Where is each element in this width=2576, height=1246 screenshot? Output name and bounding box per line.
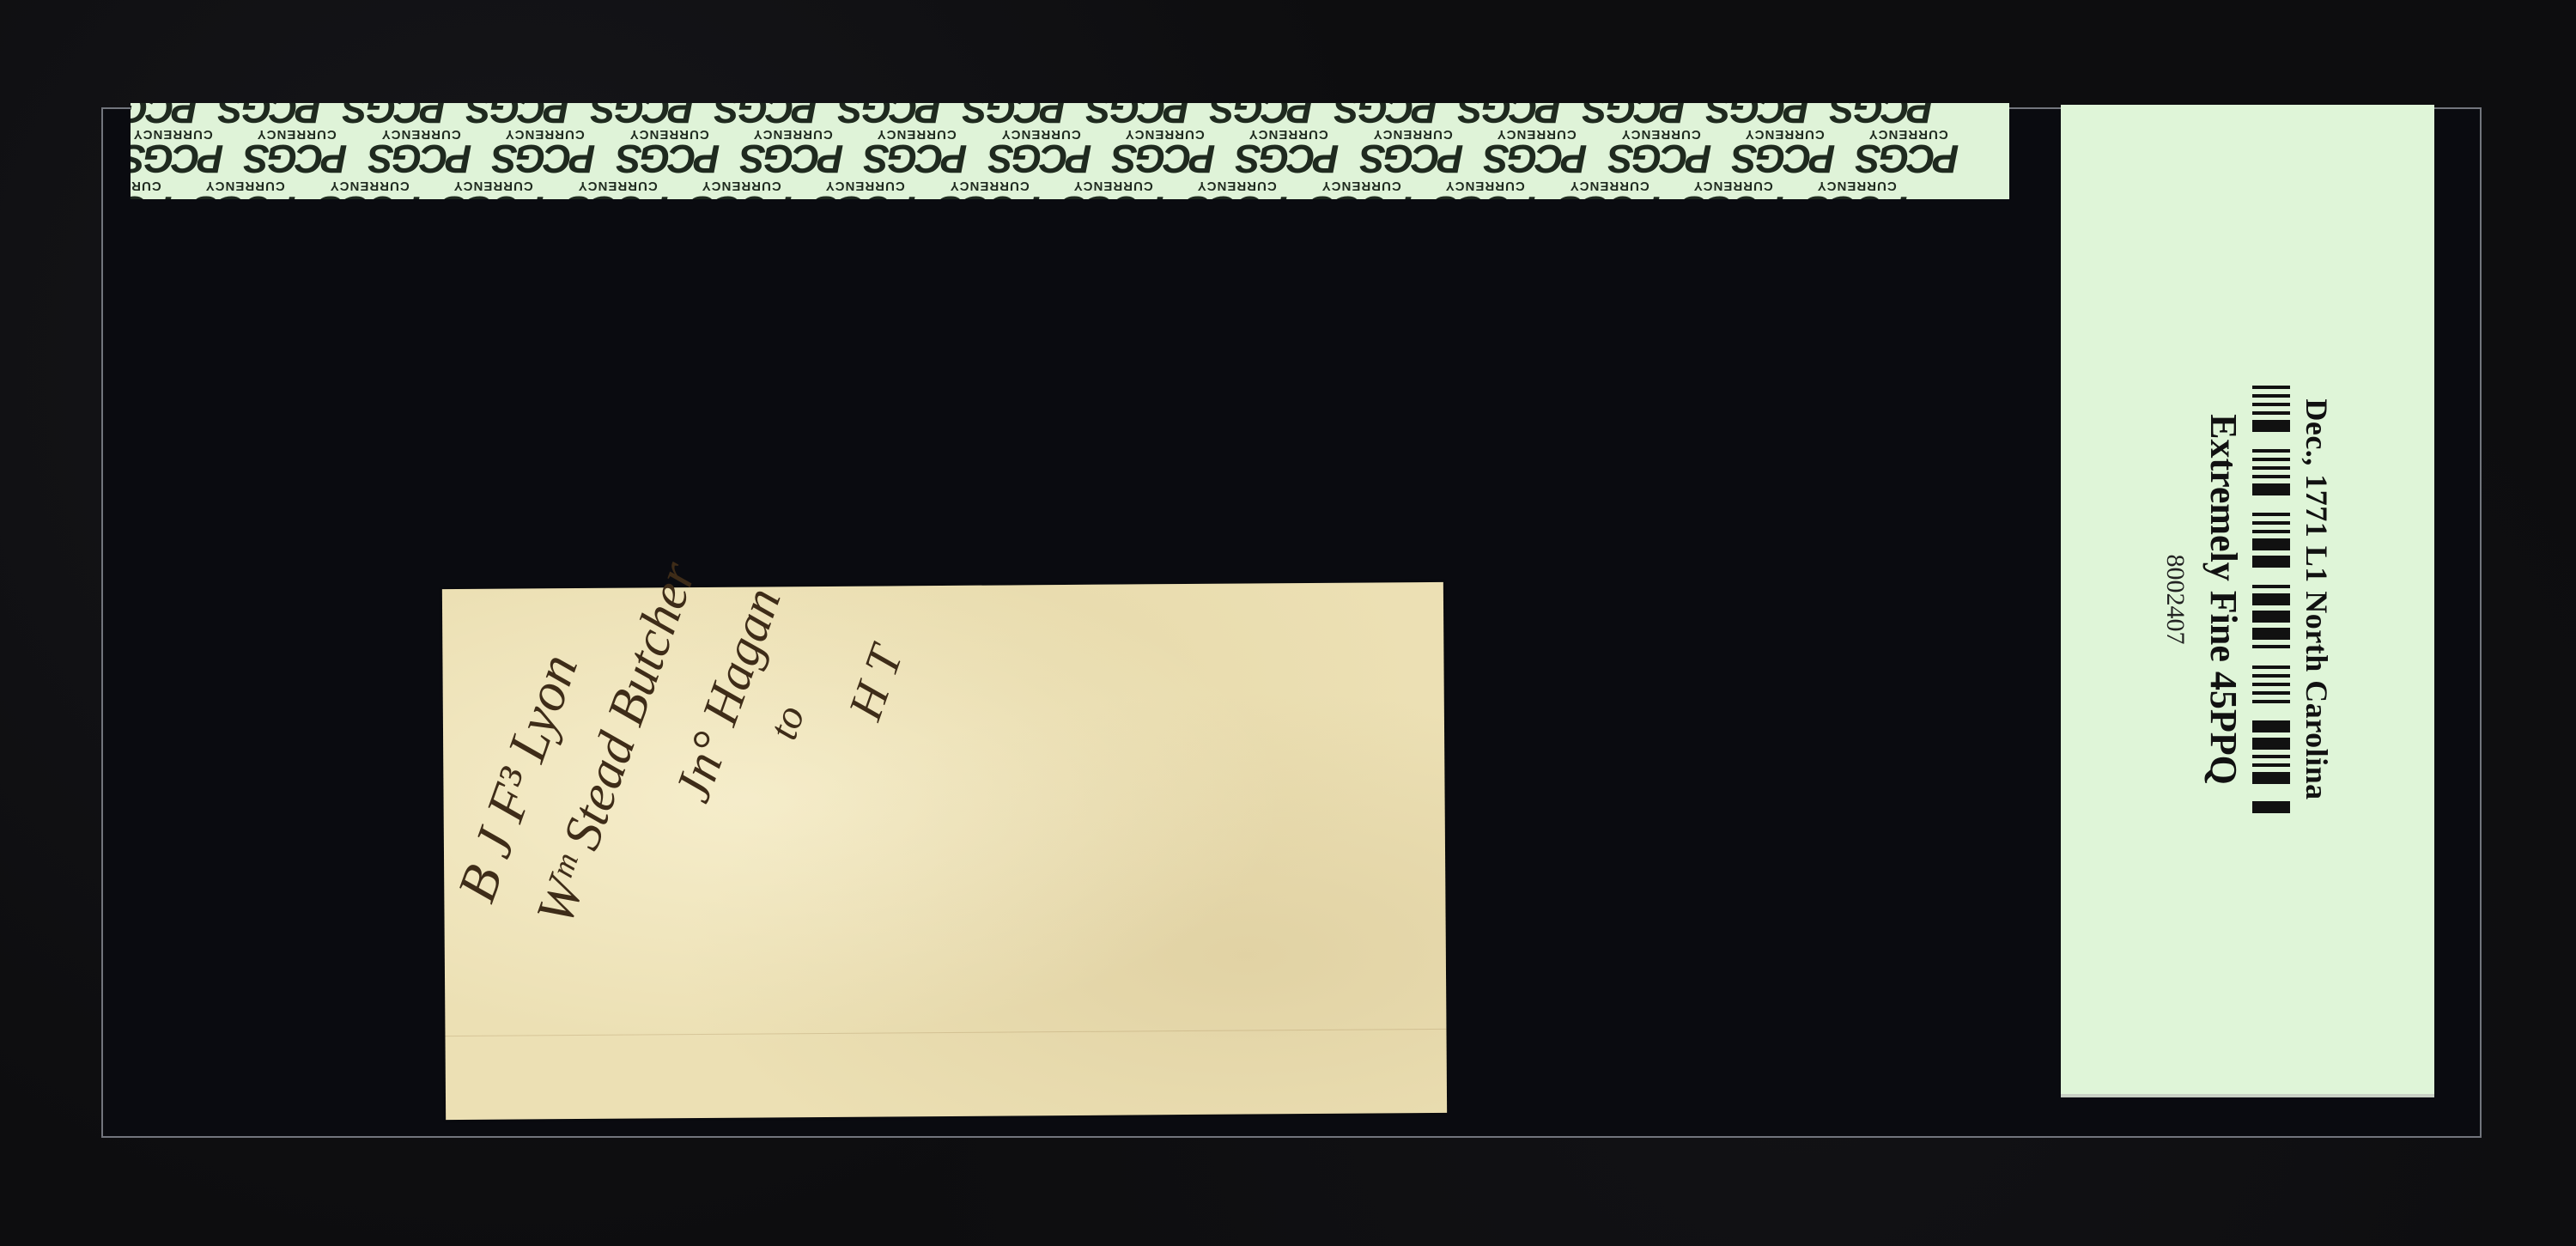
pcgs-logo-icon: PCGSCURRENCY	[1088, 103, 1189, 127]
barcode-bar	[2252, 611, 2290, 623]
pcgs-logo-icon: PCGSCURRENCY	[814, 179, 915, 199]
barcode-bar	[2252, 585, 2290, 588]
barcode-bar	[2252, 674, 2290, 678]
note-grade: Extremely Fine 45PPQ	[2202, 414, 2245, 785]
pcgs-logo-icon: PCGSCURRENCY	[220, 103, 321, 127]
barcode-bar	[2252, 394, 2290, 398]
signature-line-4: to	[759, 700, 814, 746]
signature-line-5: H T	[838, 639, 914, 726]
pcgs-logo-icon: PCGSCURRENCY	[1186, 179, 1287, 199]
pcgs-logo-icon: PCGSCURRENCY	[618, 127, 720, 177]
barcode-bar	[2252, 538, 2290, 550]
pcgs-logo-icon: PCGSCURRENCY	[468, 103, 569, 127]
pcgs-logo-icon: PCGSCURRENCY	[742, 127, 843, 177]
barcode-bar	[2252, 411, 2290, 415]
pcgs-logo-icon: PCGSCURRENCY	[1237, 127, 1339, 177]
pcgs-logo-icon: PCGSCURRENCY	[1212, 103, 1313, 127]
pcgs-logo-icon: PCGSCURRENCY	[370, 127, 471, 177]
pcgs-logo-icon: PCGSCURRENCY	[690, 179, 792, 199]
grading-label: Dec., 1771 L1 North Carolina Extremely F…	[2061, 105, 2434, 1097]
pcgs-logo-icon: PCGSCURRENCY	[1460, 103, 1561, 127]
pcgs-logo-icon: PCGSCURRENCY	[319, 179, 420, 199]
pcgs-logo-icon: PCGSCURRENCY	[1832, 103, 1933, 127]
barcode-bar	[2252, 420, 2290, 432]
barcode-bar	[2252, 475, 2290, 478]
cert-number: 8002407	[2160, 555, 2190, 645]
pcgs-logo-icon: PCGSCURRENCY	[1857, 127, 1959, 177]
barcode-bar	[2252, 628, 2290, 640]
pcgs-logo-icon: PCGSCURRENCY	[716, 103, 817, 127]
pcgs-logo-icon: PCGSCURRENCY	[194, 179, 295, 199]
barcode-bar	[2252, 449, 2290, 453]
barcode-bar	[2252, 691, 2290, 695]
barcode-bar	[2252, 483, 2290, 495]
pcgs-logo-icon: PCGSCURRENCY	[964, 103, 1066, 127]
barcode-bar	[2252, 801, 2290, 813]
barcode-bar	[2252, 530, 2290, 533]
barcode-bar	[2252, 466, 2290, 470]
barcode-bar	[2252, 403, 2290, 406]
barcode-bar	[2252, 458, 2290, 461]
pcgs-logo-icon: PCGSCURRENCY	[1584, 103, 1686, 127]
pcgs-logo-icon: PCGSCURRENCY	[1734, 127, 1835, 177]
pcgs-logo-icon: PCGSCURRENCY	[840, 103, 941, 127]
pcgs-logo-icon: PCGSCURRENCY	[344, 103, 446, 127]
note-description: Dec., 1771 L1 North Carolina	[2299, 398, 2335, 799]
pcgs-logo-icon: PCGSCURRENCY	[1434, 179, 1535, 199]
barcode-bar	[2252, 521, 2290, 525]
pcgs-logo-icon: PCGSCURRENCY	[990, 127, 1091, 177]
pcgs-logo-icon: PCGSCURRENCY	[1485, 127, 1587, 177]
pcgs-logo-icon: PCGSCURRENCY	[567, 179, 668, 199]
pcgs-logo-icon: PCGSCURRENCY	[1610, 127, 1711, 177]
pcgs-logo-icon: PCGSCURRENCY	[592, 103, 694, 127]
pcgs-logo-icon: PCGSCURRENCY	[1806, 179, 1907, 199]
pcgs-logo-icon: PCGSCURRENCY	[1114, 127, 1215, 177]
banknote-back: B J F³ Lyon Wᵐ Stead Butcher Jn° Hagan t…	[442, 582, 1447, 1120]
pcgs-logo-icon: PCGSCURRENCY	[246, 127, 347, 177]
barcode-bar	[2252, 386, 2290, 389]
banner-logo-row: PCGSCURRENCYPCGSCURRENCYPCGSCURRENCYPCGS…	[131, 179, 1908, 199]
pcgs-logo-icon: PCGSCURRENCY	[442, 179, 544, 199]
pcgs-logo-icon: PCGSCURRENCY	[939, 179, 1040, 199]
pcgs-logo-icon: PCGSCURRENCY	[866, 127, 967, 177]
barcode-bar	[2252, 513, 2290, 516]
pcgs-logo-icon: PCGSCURRENCY	[131, 103, 197, 127]
pcgs-logo-icon: PCGSCURRENCY	[1558, 179, 1660, 199]
note-fold-line	[445, 1029, 1446, 1036]
banner-logo-row: PCGSCURRENCYPCGSCURRENCYPCGSCURRENCYPCGS…	[131, 103, 1934, 127]
banner-logo-row: PCGSCURRENCYPCGSCURRENCYPCGSCURRENCYPCGS…	[131, 127, 1959, 177]
pcgs-logo-icon: PCGSCURRENCY	[131, 179, 172, 199]
barcode-bar	[2252, 593, 2290, 605]
barcode-bar	[2252, 556, 2290, 568]
barcode-bar	[2252, 763, 2290, 767]
barcode-bar	[2252, 720, 2290, 732]
pcgs-logo-icon: PCGSCURRENCY	[1310, 179, 1412, 199]
barcode-bar	[2252, 755, 2290, 758]
barcode	[2252, 386, 2290, 813]
barcode-bar	[2252, 645, 2290, 648]
pcgs-logo-icon: PCGSCURRENCY	[494, 127, 595, 177]
pcgs-logo-icon: PCGSCURRENCY	[1062, 179, 1163, 199]
barcode-bar	[2252, 738, 2290, 750]
barcode-bar	[2252, 700, 2290, 703]
pcgs-logo-icon: PCGSCURRENCY	[131, 127, 223, 177]
barcode-bar	[2252, 772, 2290, 784]
barcode-bar	[2252, 666, 2290, 669]
pcgs-logo-icon: PCGSCURRENCY	[1682, 179, 1783, 199]
pcgs-currency-banner: PCGSCURRENCYPCGSCURRENCYPCGSCURRENCYPCGS…	[131, 103, 2009, 199]
pcgs-logo-icon: PCGSCURRENCY	[1708, 103, 1809, 127]
barcode-bar	[2252, 683, 2290, 686]
pcgs-logo-icon: PCGSCURRENCY	[1362, 127, 1463, 177]
pcgs-logo-icon: PCGSCURRENCY	[1336, 103, 1437, 127]
